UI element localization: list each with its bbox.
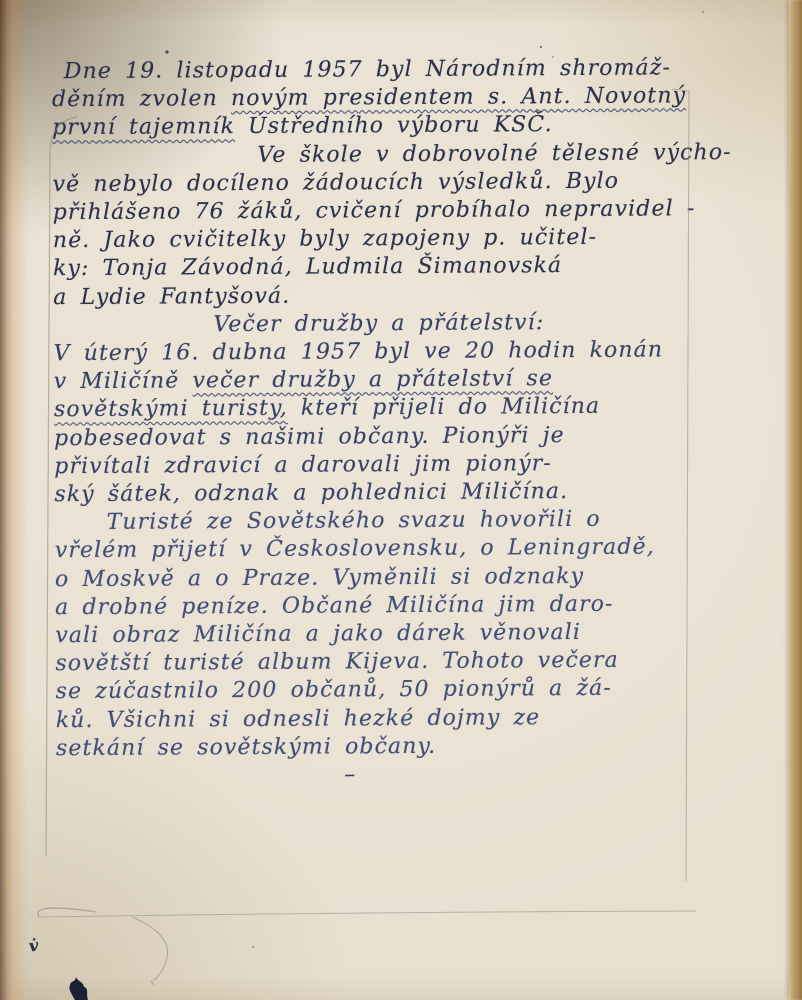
handwritten-line: Ve škole v dobrovolné tělesné výcho- [52, 138, 764, 171]
handwritten-line: vali obraz Miličína a jako dárek věnoval… [55, 618, 767, 651]
text-segment: Večer družby a přátelství: [213, 310, 544, 337]
handwritten-line: v Miličíně večer družby a přátelství se [54, 364, 766, 397]
handwritten-line: pobesedovat s našimi občany. Pionýři je [54, 420, 766, 453]
underlined-phrase: novým presidentem s. Ant. Novotný [231, 84, 686, 112]
handwritten-line: V úterý 16. dubna 1957 byl ve 20 hodin k… [53, 336, 765, 369]
handwritten-line: sovětští turisté album Kijeva. Tohoto ve… [55, 646, 767, 679]
handwritten-line: a Lydie Fantyšová. [53, 279, 765, 312]
text-segment: setkání se sovětskými občany. [56, 734, 436, 761]
text-segment: kteří přijeli do Miličína [288, 394, 601, 421]
handwritten-line: sovětskými turisty, kteří přijeli do Mil… [54, 392, 766, 425]
handwritten-line: Turisté ze Sovětského svazu hovořili o [55, 505, 767, 538]
handwritten-line: ský šátek, odznak a pohlednici Miličína. [54, 477, 766, 510]
underlined-phrase: první tajemník [52, 114, 235, 140]
text-segment: přivítali zdravicí a darovali jim pionýr… [54, 451, 552, 479]
handwritten-line: a drobné peníze. Občané Miličína jim dar… [55, 590, 767, 623]
text-segment: sovětští turisté album Kijeva. Tohoto ve… [55, 648, 618, 676]
handwritten-line: setkání se sovětskými občany. [56, 731, 768, 764]
text-block: Dne 19. listopadu 1957 byl Národním shro… [52, 54, 768, 792]
text-segment: pobesedovat s našimi občany. Pionýři je [54, 423, 565, 451]
handwritten-line: Večer družby a přátelství: [53, 308, 765, 341]
text-segment: a Lydie Fantyšová. [53, 283, 290, 309]
handwritten-line: přivítali zdravicí a darovali jim pionýr… [54, 449, 766, 482]
text-segment: přihlášeno 76 žáků, cvičení probíhalo ne… [53, 196, 696, 225]
text-segment: Turisté ze Sovětského svazu hovořili o [107, 507, 601, 535]
text-segment: se zúčastnilo 200 občanů, 50 pionýrů a ž… [56, 676, 612, 704]
text-segment: Ústředního výboru KSČ. [235, 113, 553, 140]
book-page-edge [789, 0, 802, 1000]
handwritten-line: ně. Jako cvičitelky byly zapojeny p. uči… [53, 223, 765, 256]
handwritten-line: o Moskvě a o Praze. Vyměnili si odznaky [55, 561, 767, 594]
text-segment: vali obraz Miličína a jako dárek věnoval… [55, 620, 581, 648]
text-segment: vě nebylo docíleno žádoucích výsledků. B… [52, 169, 619, 197]
text-segment: ský šátek, odznak a pohlednici Miličína. [54, 479, 568, 507]
text-segment: v Miličíně [54, 369, 193, 395]
text-segment: a drobné peníze. Občané Miličína jim dar… [55, 592, 614, 620]
text-segment: ky: Tonja Závodná, Ludmila Šimanovská [53, 253, 562, 281]
handwritten-line: Dne 19. listopadu 1957 byl Národním shro… [52, 54, 764, 87]
text-segment: – [344, 762, 356, 787]
text-segment: ně. Jako cvičitelky byly zapojeny p. uči… [53, 225, 597, 253]
underlined-phrase: večer družby a přátelství se [192, 366, 553, 393]
handwritten-line: ky: Tonja Závodná, Ludmila Šimanovská [53, 251, 765, 284]
handwritten-line: vě nebylo docíleno žádoucích výsledků. B… [52, 167, 764, 200]
handwritten-line: ků. Všichni si odnesli hezké dojmy ze [56, 702, 768, 735]
text-segment: Ve škole v dobrovolné tělesné výcho- [257, 140, 731, 168]
handwritten-line: první tajemník Ústředního výboru KSČ. [52, 110, 764, 143]
chronicle-page-photo: Dne 19. listopadu 1957 byl Národním shro… [0, 0, 802, 1000]
text-segment: o Moskvě a o Praze. Vyměnili si odznaky [55, 564, 584, 592]
text-segment: ků. Všichni si odnesli hezké dojmy ze [56, 705, 541, 733]
underlined-phrase: sovětskými turisty, [54, 396, 288, 422]
handwritten-line: přihlášeno 76 žáků, cvičení probíhalo ne… [53, 195, 765, 228]
handwritten-line: vřelém přijetí v Československu, o Lenin… [55, 533, 767, 566]
handwritten-line: – [56, 759, 768, 792]
handwritten-line: se zúčastnilo 200 občanů, 50 pionýrů a ž… [56, 674, 768, 707]
text-segment: vřelém přijetí v Československu, o Lenin… [55, 535, 655, 564]
text-segment: V úterý 16. dubna 1957 byl ve 20 hodin k… [53, 337, 663, 366]
handwritten-line: děním zvolen novým presidentem s. Ant. N… [52, 82, 764, 115]
text-segment: děním zvolen [52, 86, 231, 112]
text-segment: Dne 19. listopadu 1957 byl Národním shro… [64, 55, 671, 84]
